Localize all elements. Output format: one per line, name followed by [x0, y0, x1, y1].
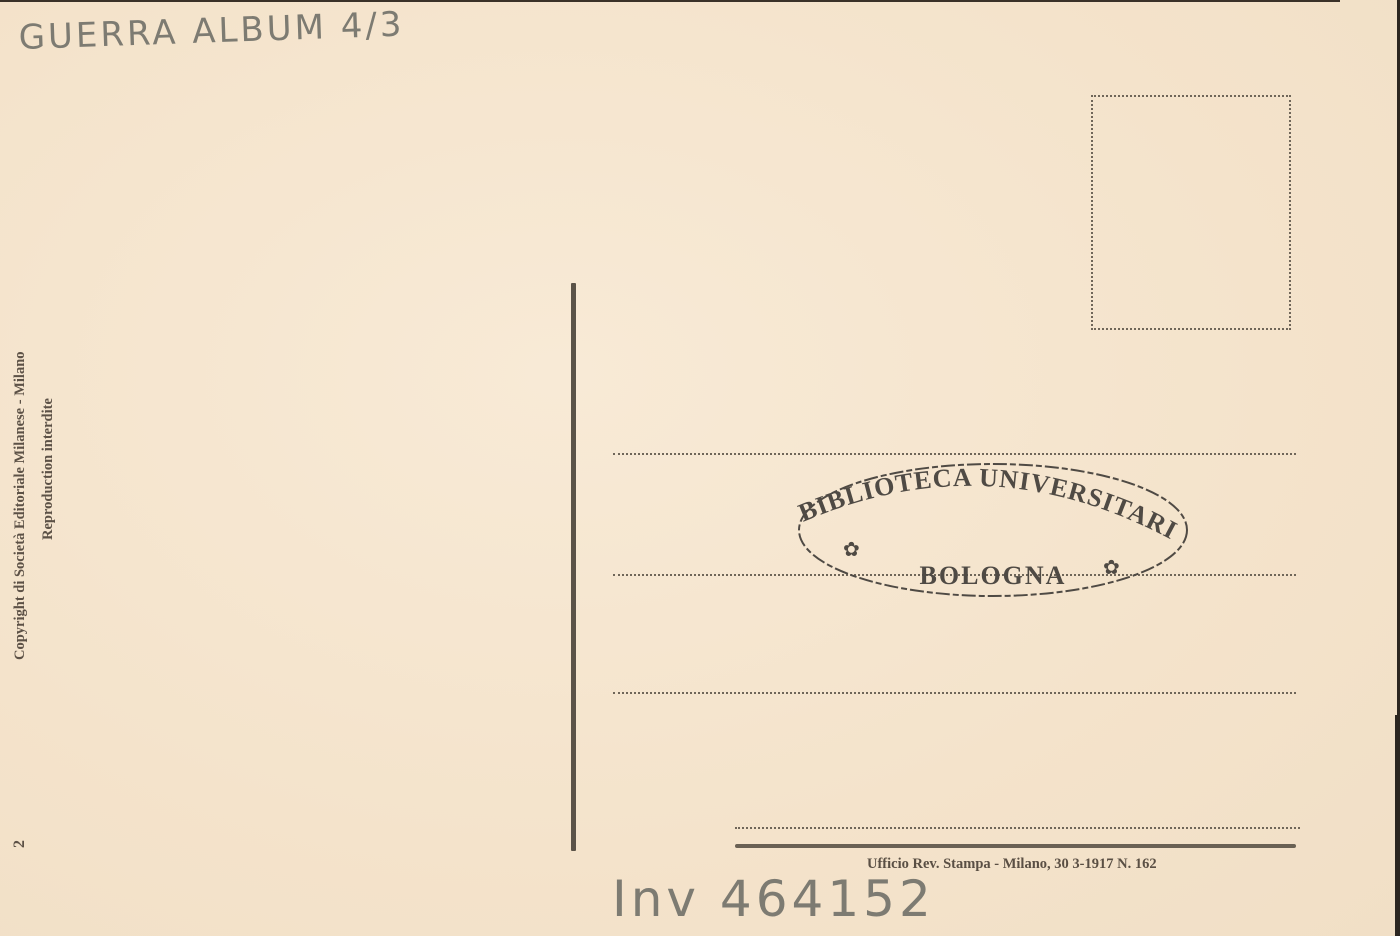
center-divider-line: [571, 283, 576, 851]
library-stamp: BIBLIOTECA UNIVERSITARIA BOLOGNA ✿ ✿: [795, 460, 1191, 600]
scan-edge-right-inner: [1395, 715, 1397, 936]
postcard-back: GUERRA ALBUM 4/3 Copyright di Società Ed…: [0, 0, 1400, 936]
stamp-bottom-text: BOLOGNA: [920, 561, 1067, 590]
stamp-ornament-right-icon: ✿: [1103, 557, 1120, 579]
scan-edge-top: [0, 0, 1340, 2]
postage-stamp-box: [1091, 95, 1291, 330]
bottom-rule: [735, 844, 1296, 848]
handwritten-inventory-number: Inv 464152: [612, 870, 935, 928]
stamp-top-text: BIBLIOTECA UNIVERSITARIA: [795, 460, 1182, 545]
copyright-text: Copyright di Società Editoriale Milanese…: [12, 351, 29, 660]
address-line-3: [613, 692, 1296, 694]
stamp-ornament-left-icon: ✿: [843, 539, 860, 561]
reproduction-text: Reproduction interdite: [40, 398, 57, 540]
address-line-4: [735, 827, 1300, 829]
address-line-1: [613, 453, 1296, 455]
handwritten-album-note: GUERRA ALBUM 4/3: [18, 5, 405, 58]
svg-text:BIBLIOTECA UNIVERSITARIA: BIBLIOTECA UNIVERSITARIA: [795, 460, 1182, 545]
card-number: 2: [11, 840, 29, 848]
